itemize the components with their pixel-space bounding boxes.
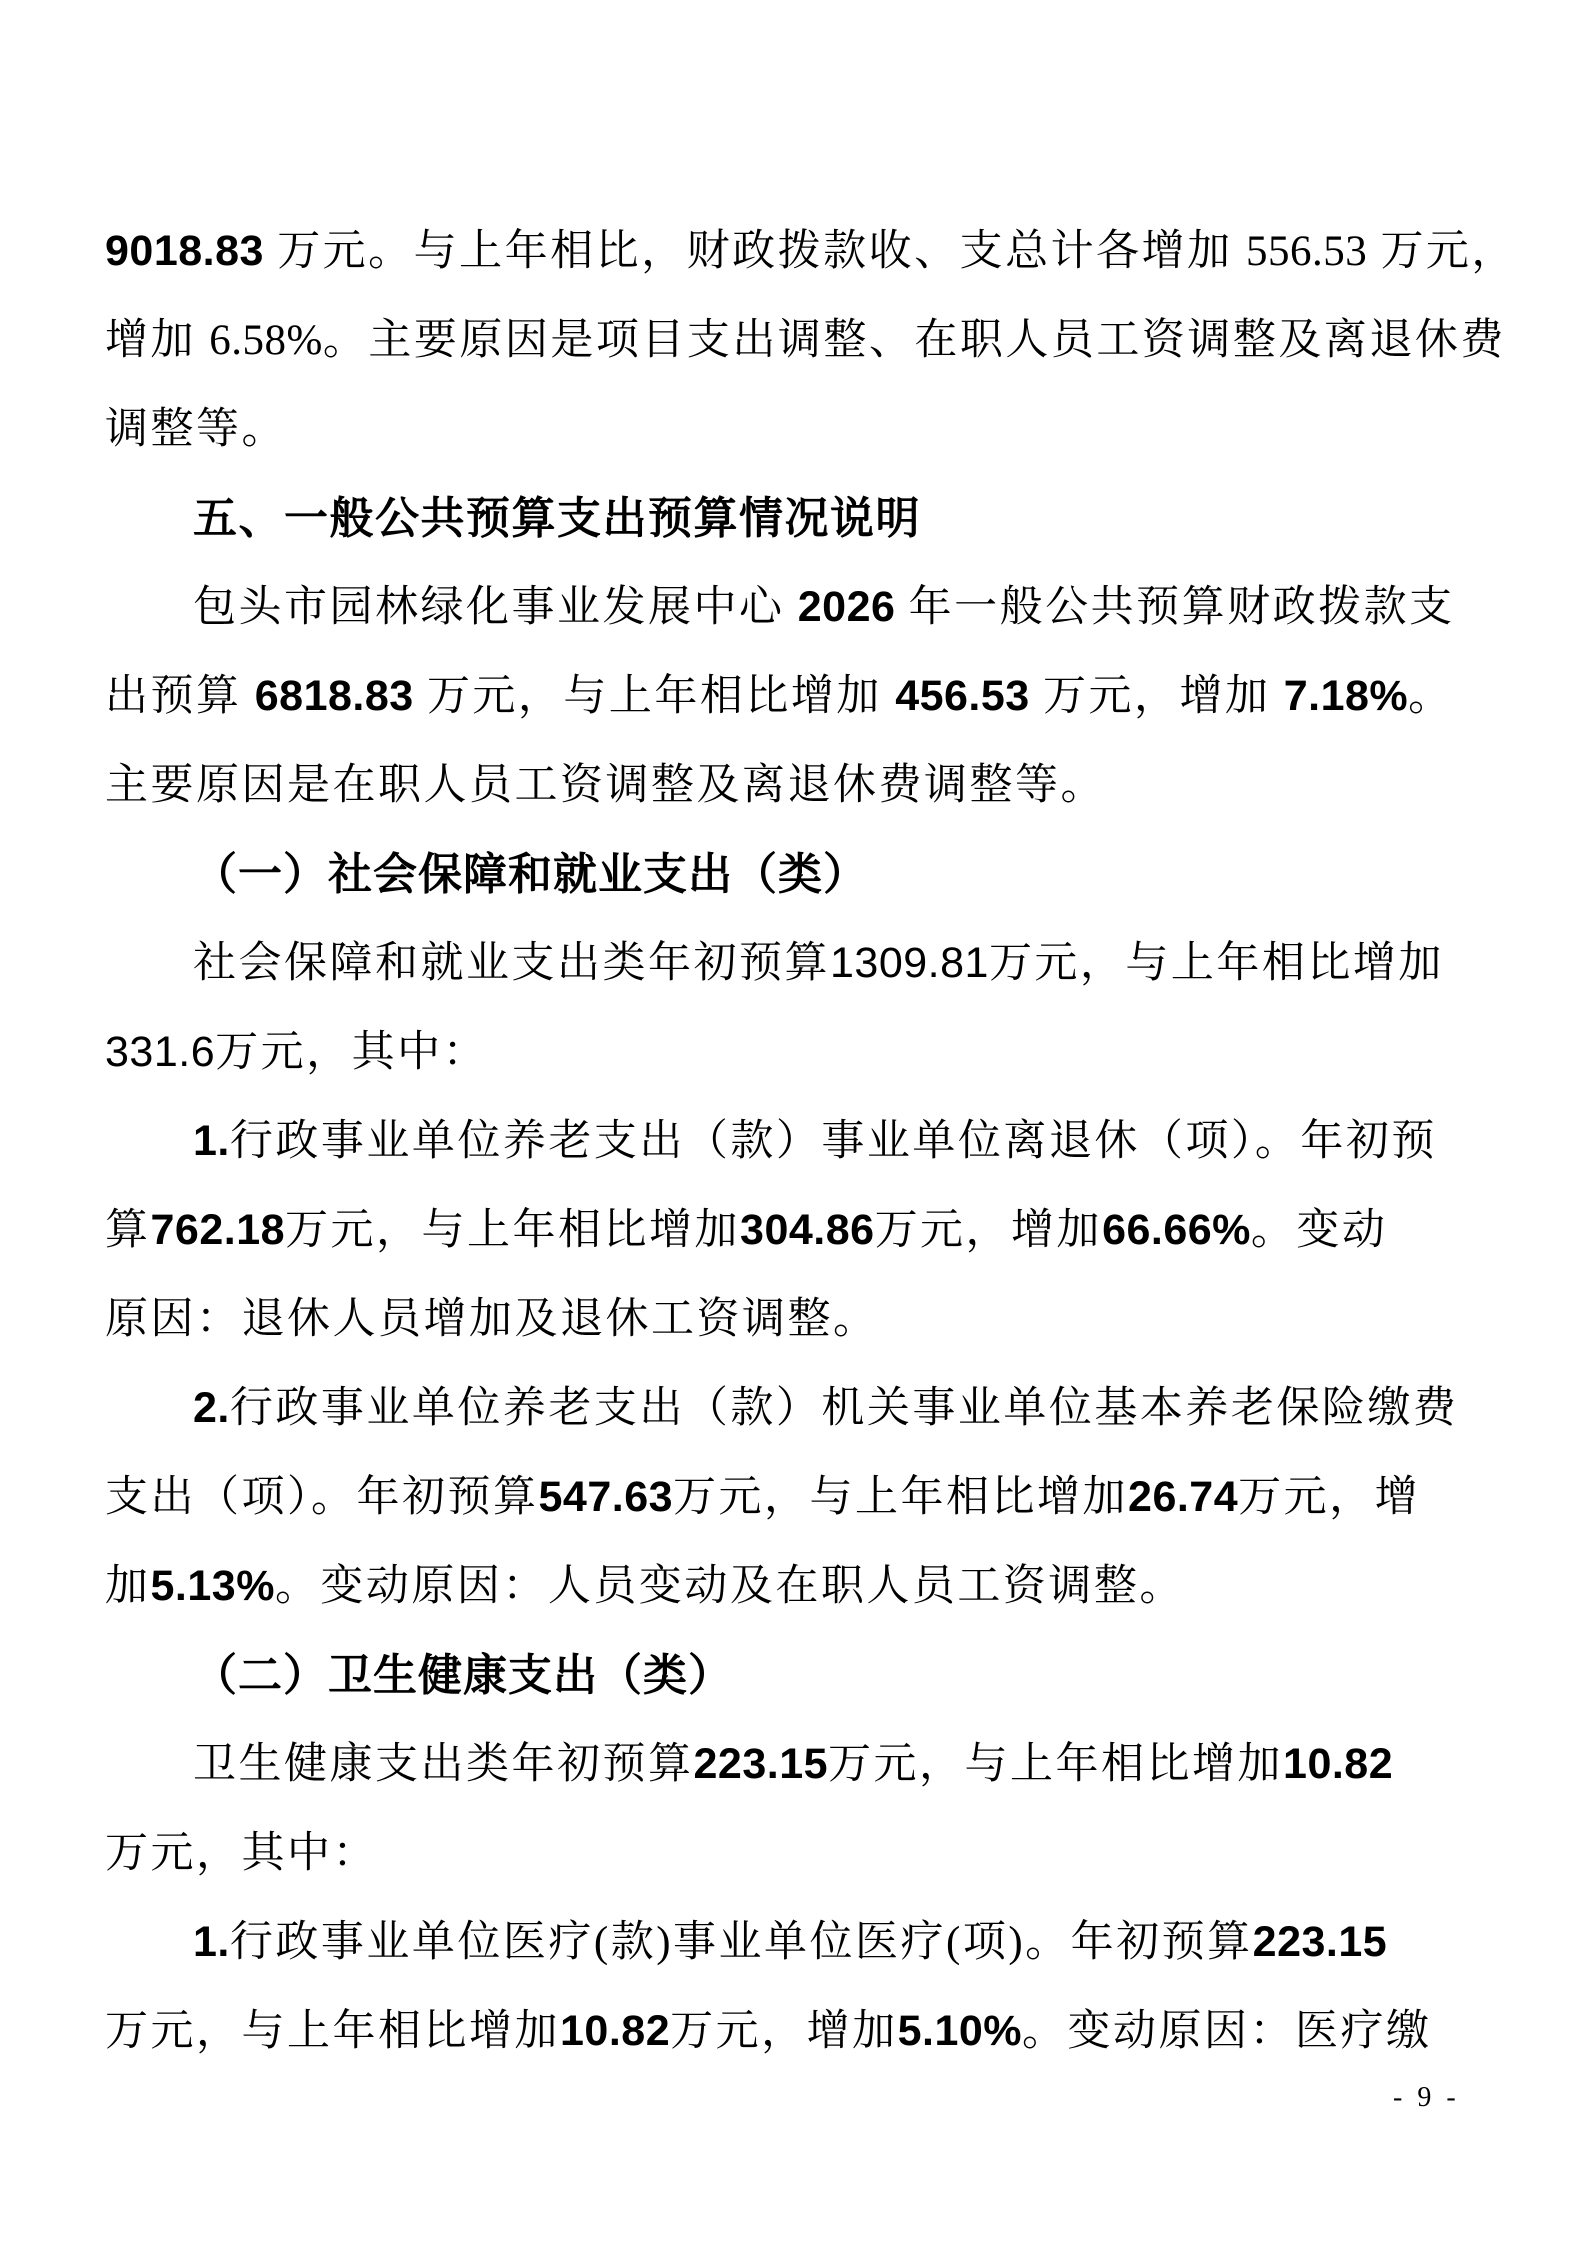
text-run: 年一般公共预算财政拨款支 (895, 584, 1454, 631)
text-line: 主要原因是在职人员工资调整及离退休费调整等。 (105, 741, 1497, 830)
numeric-run: 66.66% (1102, 1206, 1251, 1254)
text-line: 包头市园林绿化事业发展中心 2026 年一般公共预算财政拨款支 (105, 563, 1497, 652)
text-run: 万元，增加 (1030, 673, 1284, 720)
document-body: 9018.83 万元。与上年相比，财政拨款收、支总计各增加 556.53 万元，… (105, 207, 1497, 2076)
text-run: 。变动原因：人员变动及在职人员工资调整。 (275, 1563, 1185, 1610)
text-run: 行政事业单位养老支出（款）事业单位离退休（项）。年初预 (230, 1118, 1437, 1165)
text-run: 五、一般公共预算支出预算情况说明 (193, 494, 921, 543)
subsection-heading: （一）社会保障和就业支出（类） (105, 830, 1497, 919)
numeric-run: 2026 (798, 583, 896, 631)
numeric-run: 331.6 (105, 1028, 215, 1076)
subsection-heading: （二）卫生健康支出（类） (105, 1631, 1497, 1720)
text-run: 主要原因是在职人员工资调整及离退休费调整等。 (105, 762, 1106, 809)
numeric-run: 223.15 (1253, 1918, 1388, 1966)
numeric-run: 7.18% (1284, 672, 1408, 720)
text-run: 。主要原因是项目支出调整、在职人员工资调整及离退休费 (323, 317, 1506, 364)
text-run: 万元，增加 (875, 1207, 1103, 1254)
numeric-run: 304.86 (740, 1206, 875, 1254)
text-run: 。变动原因：医疗缴 (1022, 2008, 1432, 2055)
text-line: 卫生健康支出类年初预算223.15万元，与上年相比增加10.82 (105, 1720, 1497, 1809)
text-line: 1.行政事业单位养老支出（款）事业单位离退休（项）。年初预 (105, 1097, 1497, 1186)
text-line: 支出（项）。年初预算547.63万元，与上年相比增加26.74万元，增 (105, 1453, 1497, 1542)
text-run: 万元，与上年相比增加 (828, 1741, 1283, 1788)
text-run: 原因：退休人员增加及退休工资调整。 (105, 1296, 879, 1343)
numeric-run: 456.53 (895, 672, 1030, 720)
text-run: 出预算 (105, 673, 255, 720)
numeric-run: 1. (193, 1918, 230, 1966)
text-run: 万元，与上年相比增加 (414, 673, 896, 720)
text-line: 算762.18万元，与上年相比增加304.86万元，增加66.66%。变动 (105, 1186, 1497, 1275)
numeric-run: 762.18 (151, 1206, 286, 1254)
text-run: 行政事业单位医疗(款)事业单位医疗(项)。年初预算 (230, 1919, 1253, 1966)
numeric-run: 5.10% (898, 2007, 1022, 2055)
text-run: 卫生健康支出类年初预算 (193, 1741, 694, 1788)
numeric-run: 5.13% (151, 1562, 275, 1610)
numeric-run: 10.82 (560, 2007, 670, 2055)
text-line: 9018.83 万元。与上年相比，财政拨款收、支总计各增加 556.53 万元， (105, 207, 1497, 296)
numeric-run: 10.82 (1283, 1740, 1393, 1788)
text-line: 增加 6.58%。主要原因是项目支出调整、在职人员工资调整及离退休费 (105, 296, 1497, 385)
text-run: 万元，其中： (215, 1029, 488, 1076)
numeric-run: 6818.83 (255, 672, 414, 720)
numeric-run: 6.58% (209, 317, 323, 364)
text-run: 调整等。 (105, 406, 287, 453)
numeric-run: 2. (193, 1384, 230, 1432)
numeric-run: 223.15 (694, 1740, 829, 1788)
text-run: 增加 (105, 317, 209, 364)
text-run: 万元，其中： (105, 1830, 378, 1877)
text-line: 1.行政事业单位医疗(款)事业单位医疗(项)。年初预算223.15 (105, 1898, 1497, 1987)
text-run: 。变动 (1251, 1207, 1388, 1254)
text-line: 加5.13%。变动原因：人员变动及在职人员工资调整。 (105, 1542, 1497, 1631)
text-run: 万元， (1367, 228, 1517, 275)
document-page: 9018.83 万元。与上年相比，财政拨款收、支总计各增加 556.53 万元，… (0, 0, 1588, 2245)
text-run: 万元，增加 (670, 2008, 898, 2055)
text-run: 社会保障和就业支出类年初预算 (193, 940, 830, 987)
text-line: 调整等。 (105, 385, 1497, 474)
text-run: 行政事业单位养老支出（款）机关事业单位基本养老保险缴费 (230, 1385, 1459, 1432)
numeric-run: 1. (193, 1117, 230, 1165)
text-run: 包头市园林绿化事业发展中心 (193, 584, 798, 631)
numeric-run: 26.74 (1128, 1473, 1238, 1521)
text-line: 万元，其中： (105, 1809, 1497, 1898)
text-run: 万元，增 (1238, 1474, 1420, 1521)
text-run: （一）社会保障和就业支出（类） (193, 850, 868, 899)
text-line: 出预算 6818.83 万元，与上年相比增加 456.53 万元，增加 7.18… (105, 652, 1497, 741)
section-heading: 五、一般公共预算支出预算情况说明 (105, 474, 1497, 563)
text-run: 加 (105, 1563, 151, 1610)
text-line: 社会保障和就业支出类年初预算1309.81万元，与上年相比增加 (105, 919, 1497, 1008)
text-run: 万元，与上年相比增加 (285, 1207, 740, 1254)
page-number: - 9 - (1393, 2082, 1460, 2114)
text-run: 算 (105, 1207, 151, 1254)
numeric-run: 547.63 (539, 1473, 674, 1521)
text-line: 万元，与上年相比增加10.82万元，增加5.10%。变动原因：医疗缴 (105, 1987, 1497, 2076)
numeric-run: 1309.81 (830, 939, 989, 987)
text-line: 331.6万元，其中： (105, 1008, 1497, 1097)
text-run: 万元，与上年相比增加 (673, 1474, 1128, 1521)
text-run: 。 (1408, 673, 1454, 720)
text-run: 万元，与上年相比增加 (105, 2008, 560, 2055)
text-run: （二）卫生健康支出（类） (193, 1651, 733, 1700)
text-line: 2.行政事业单位养老支出（款）机关事业单位基本养老保险缴费 (105, 1364, 1497, 1453)
text-run: 万元，与上年相比增加 (989, 940, 1444, 987)
text-run: 万元。与上年相比，财政拨款收、支总计各增加 (264, 228, 1246, 275)
text-run: 支出（项）。年初预算 (105, 1474, 539, 1521)
numeric-run: 9018.83 (105, 227, 264, 275)
numeric-run: 556.53 (1246, 228, 1367, 275)
text-line: 原因：退休人员增加及退休工资调整。 (105, 1275, 1497, 1364)
